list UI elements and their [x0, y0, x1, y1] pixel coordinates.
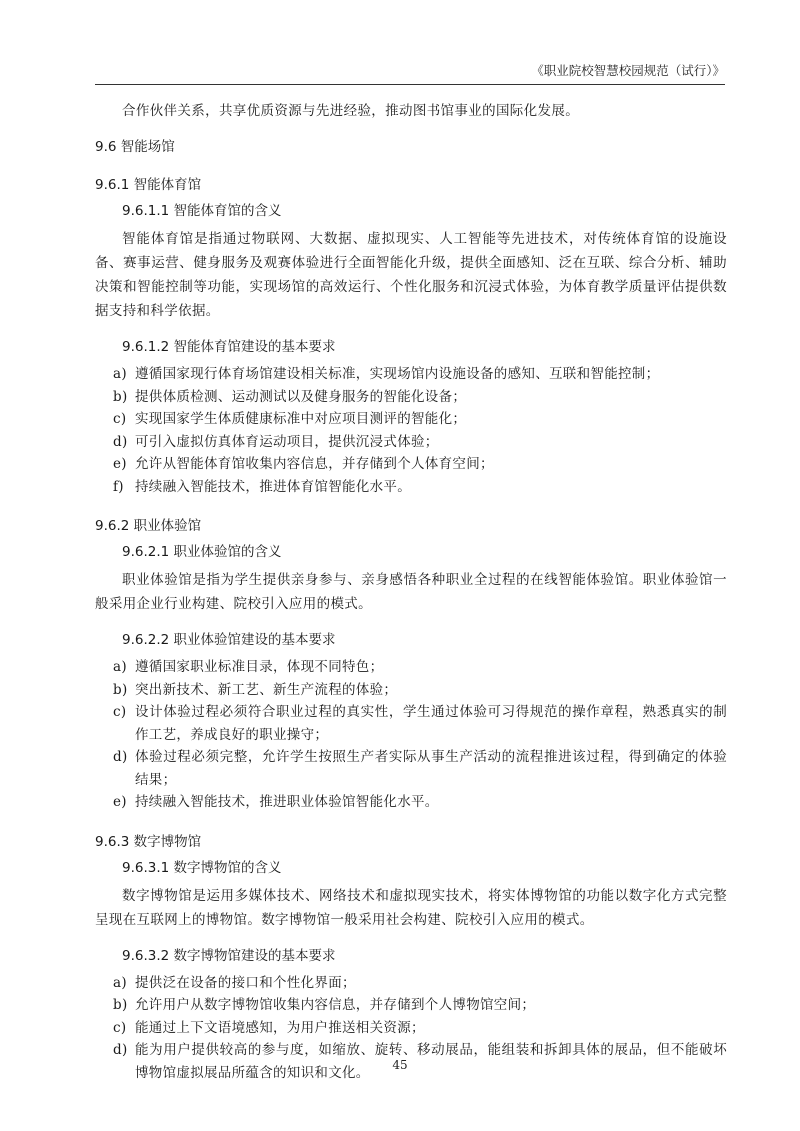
requirements-list-career-hall: a)遵循国家职业标准目录，体现不同特色； b)突出新技术、新工艺、新生产流程的体…: [95, 656, 727, 814]
list-marker: a): [113, 363, 127, 386]
list-item-text: 遵循国家职业标准目录，体现不同特色；: [135, 659, 383, 675]
list-item: e)允许从智能体育馆收集内容信息，并存储到个人体育空间；: [95, 453, 727, 476]
list-item: b)允许用户从数字博物馆收集内容信息，并存储到个人博物馆空间；: [95, 994, 727, 1017]
list-item-text: 实现国家学生体质健康标准中对应项目测评的智能化；: [135, 411, 466, 427]
list-item-text: 突出新技术、新工艺、新生产流程的体验；: [135, 682, 397, 698]
document-page: 《职业院校智慧校园规范（试行）》 合作伙伴关系，共享优质资源与先进经验，推动图书…: [0, 0, 800, 1131]
list-marker: e): [113, 453, 127, 476]
header-rule: [95, 84, 725, 85]
paragraph-career-hall-meaning: 职业体验馆是指为学生提供亲身参与、亲身感悟各种职业全过程的在线智能体验馆。职业体…: [95, 568, 727, 616]
list-marker: c): [113, 701, 126, 724]
subsection-heading-9-6-3-2: 9.6.3.2 数字博物馆建设的基本要求: [95, 946, 727, 966]
paragraph-digital-museum-meaning: 数字博物馆是运用多媒体技术、网络技术和虚拟现实技术，将实体博物馆的功能以数字化方…: [95, 884, 727, 932]
list-item-text: 允许从智能体育馆收集内容信息，并存储到个人体育空间；: [135, 456, 494, 472]
paragraph-smart-gym-meaning: 智能体育馆是指通过物联网、大数据、虚拟现实、人工智能等先进技术，对传统体育馆的设…: [95, 227, 727, 323]
list-item-text: 提供泛在设备的接口和个性化界面；: [135, 975, 356, 991]
list-marker: d): [113, 431, 128, 454]
list-item: c)实现国家学生体质健康标准中对应项目测评的智能化；: [95, 408, 727, 431]
list-item: c)能通过上下文语境感知，为用户推送相关资源；: [95, 1017, 727, 1040]
carryover-paragraph: 合作伙伴关系，共享优质资源与先进经验，推动图书馆事业的国际化发展。: [95, 99, 727, 123]
page-content: 合作伙伴关系，共享优质资源与先进经验，推动图书馆事业的国际化发展。 9.6 智能…: [95, 99, 727, 1088]
list-item: d)可引入虚拟仿真体育运动项目，提供沉浸式体验；: [95, 431, 727, 454]
list-item: f)持续融入智能技术，推进体育馆智能化水平。: [95, 476, 727, 499]
subsection-heading-9-6-1-1: 9.6.1.1 智能体育馆的含义: [95, 201, 727, 221]
list-marker: b): [113, 386, 128, 409]
list-marker: b): [113, 994, 128, 1017]
section-heading-9-6-3: 9.6.3 数字博物馆: [95, 832, 727, 852]
list-item: b)突出新技术、新工艺、新生产流程的体验；: [95, 679, 727, 702]
list-item: a)遵循国家职业标准目录，体现不同特色；: [95, 656, 727, 679]
list-item: c)设计体验过程必须符合职业过程的真实性，学生通过体验可习得规范的操作章程，熟悉…: [95, 701, 727, 746]
list-item: a)提供泛在设备的接口和个性化界面；: [95, 972, 727, 995]
list-item-text: 允许用户从数字博物馆收集内容信息，并存储到个人博物馆空间；: [135, 997, 535, 1013]
subsection-heading-9-6-1-2: 9.6.1.2 智能体育馆建设的基本要求: [95, 337, 727, 357]
list-item: b)提供体质检测、运动测试以及健身服务的智能化设备；: [95, 386, 727, 409]
section-heading-9-6: 9.6 智能场馆: [95, 137, 727, 157]
list-item-text: 持续融入智能技术，推进职业体验馆智能化水平。: [135, 794, 439, 810]
list-marker: d): [113, 746, 128, 769]
running-header: 《职业院校智慧校园规范（试行）》: [95, 62, 725, 80]
list-marker: b): [113, 679, 128, 702]
list-item-text: 提供体质检测、运动测试以及健身服务的智能化设备；: [135, 389, 466, 405]
list-marker: a): [113, 656, 127, 679]
list-item-text: 能通过上下文语境感知，为用户推送相关资源；: [135, 1020, 425, 1036]
subsection-heading-9-6-3-1: 9.6.3.1 数字博物馆的含义: [95, 858, 727, 878]
list-marker: c): [113, 408, 126, 431]
section-heading-9-6-1: 9.6.1 智能体育馆: [95, 175, 727, 195]
list-item-text: 设计体验过程必须符合职业过程的真实性，学生通过体验可习得规范的操作章程，熟悉真实…: [135, 704, 727, 743]
list-item: e)持续融入智能技术，推进职业体验馆智能化水平。: [95, 791, 727, 814]
page-number: 45: [0, 1058, 800, 1072]
list-item: a)遵循国家现行体育场馆建设相关标准，实现场馆内设施设备的感知、互联和智能控制；: [95, 363, 727, 386]
requirements-list-smart-gym: a)遵循国家现行体育场馆建设相关标准，实现场馆内设施设备的感知、互联和智能控制；…: [95, 363, 727, 498]
list-item: d)体验过程必须完整，允许学生按照生产者实际从事生产活动的流程推进该过程，得到确…: [95, 746, 727, 791]
subsection-heading-9-6-2-1: 9.6.2.1 职业体验馆的含义: [95, 542, 727, 562]
list-marker: e): [113, 791, 127, 814]
list-item-text: 体验过程必须完整，允许学生按照生产者实际从事生产活动的流程推进该过程，得到确定的…: [135, 749, 727, 788]
list-marker: f): [113, 476, 124, 499]
list-marker: c): [113, 1017, 126, 1040]
section-heading-9-6-2: 9.6.2 职业体验馆: [95, 516, 727, 536]
list-marker: a): [113, 972, 127, 995]
list-item-text: 遵循国家现行体育场馆建设相关标准，实现场馆内设施设备的感知、互联和智能控制；: [135, 366, 659, 382]
list-item-text: 持续融入智能技术，推进体育馆智能化水平。: [135, 479, 411, 495]
list-item-text: 可引入虚拟仿真体育运动项目，提供沉浸式体验；: [135, 434, 439, 450]
subsection-heading-9-6-2-2: 9.6.2.2 职业体验馆建设的基本要求: [95, 630, 727, 650]
